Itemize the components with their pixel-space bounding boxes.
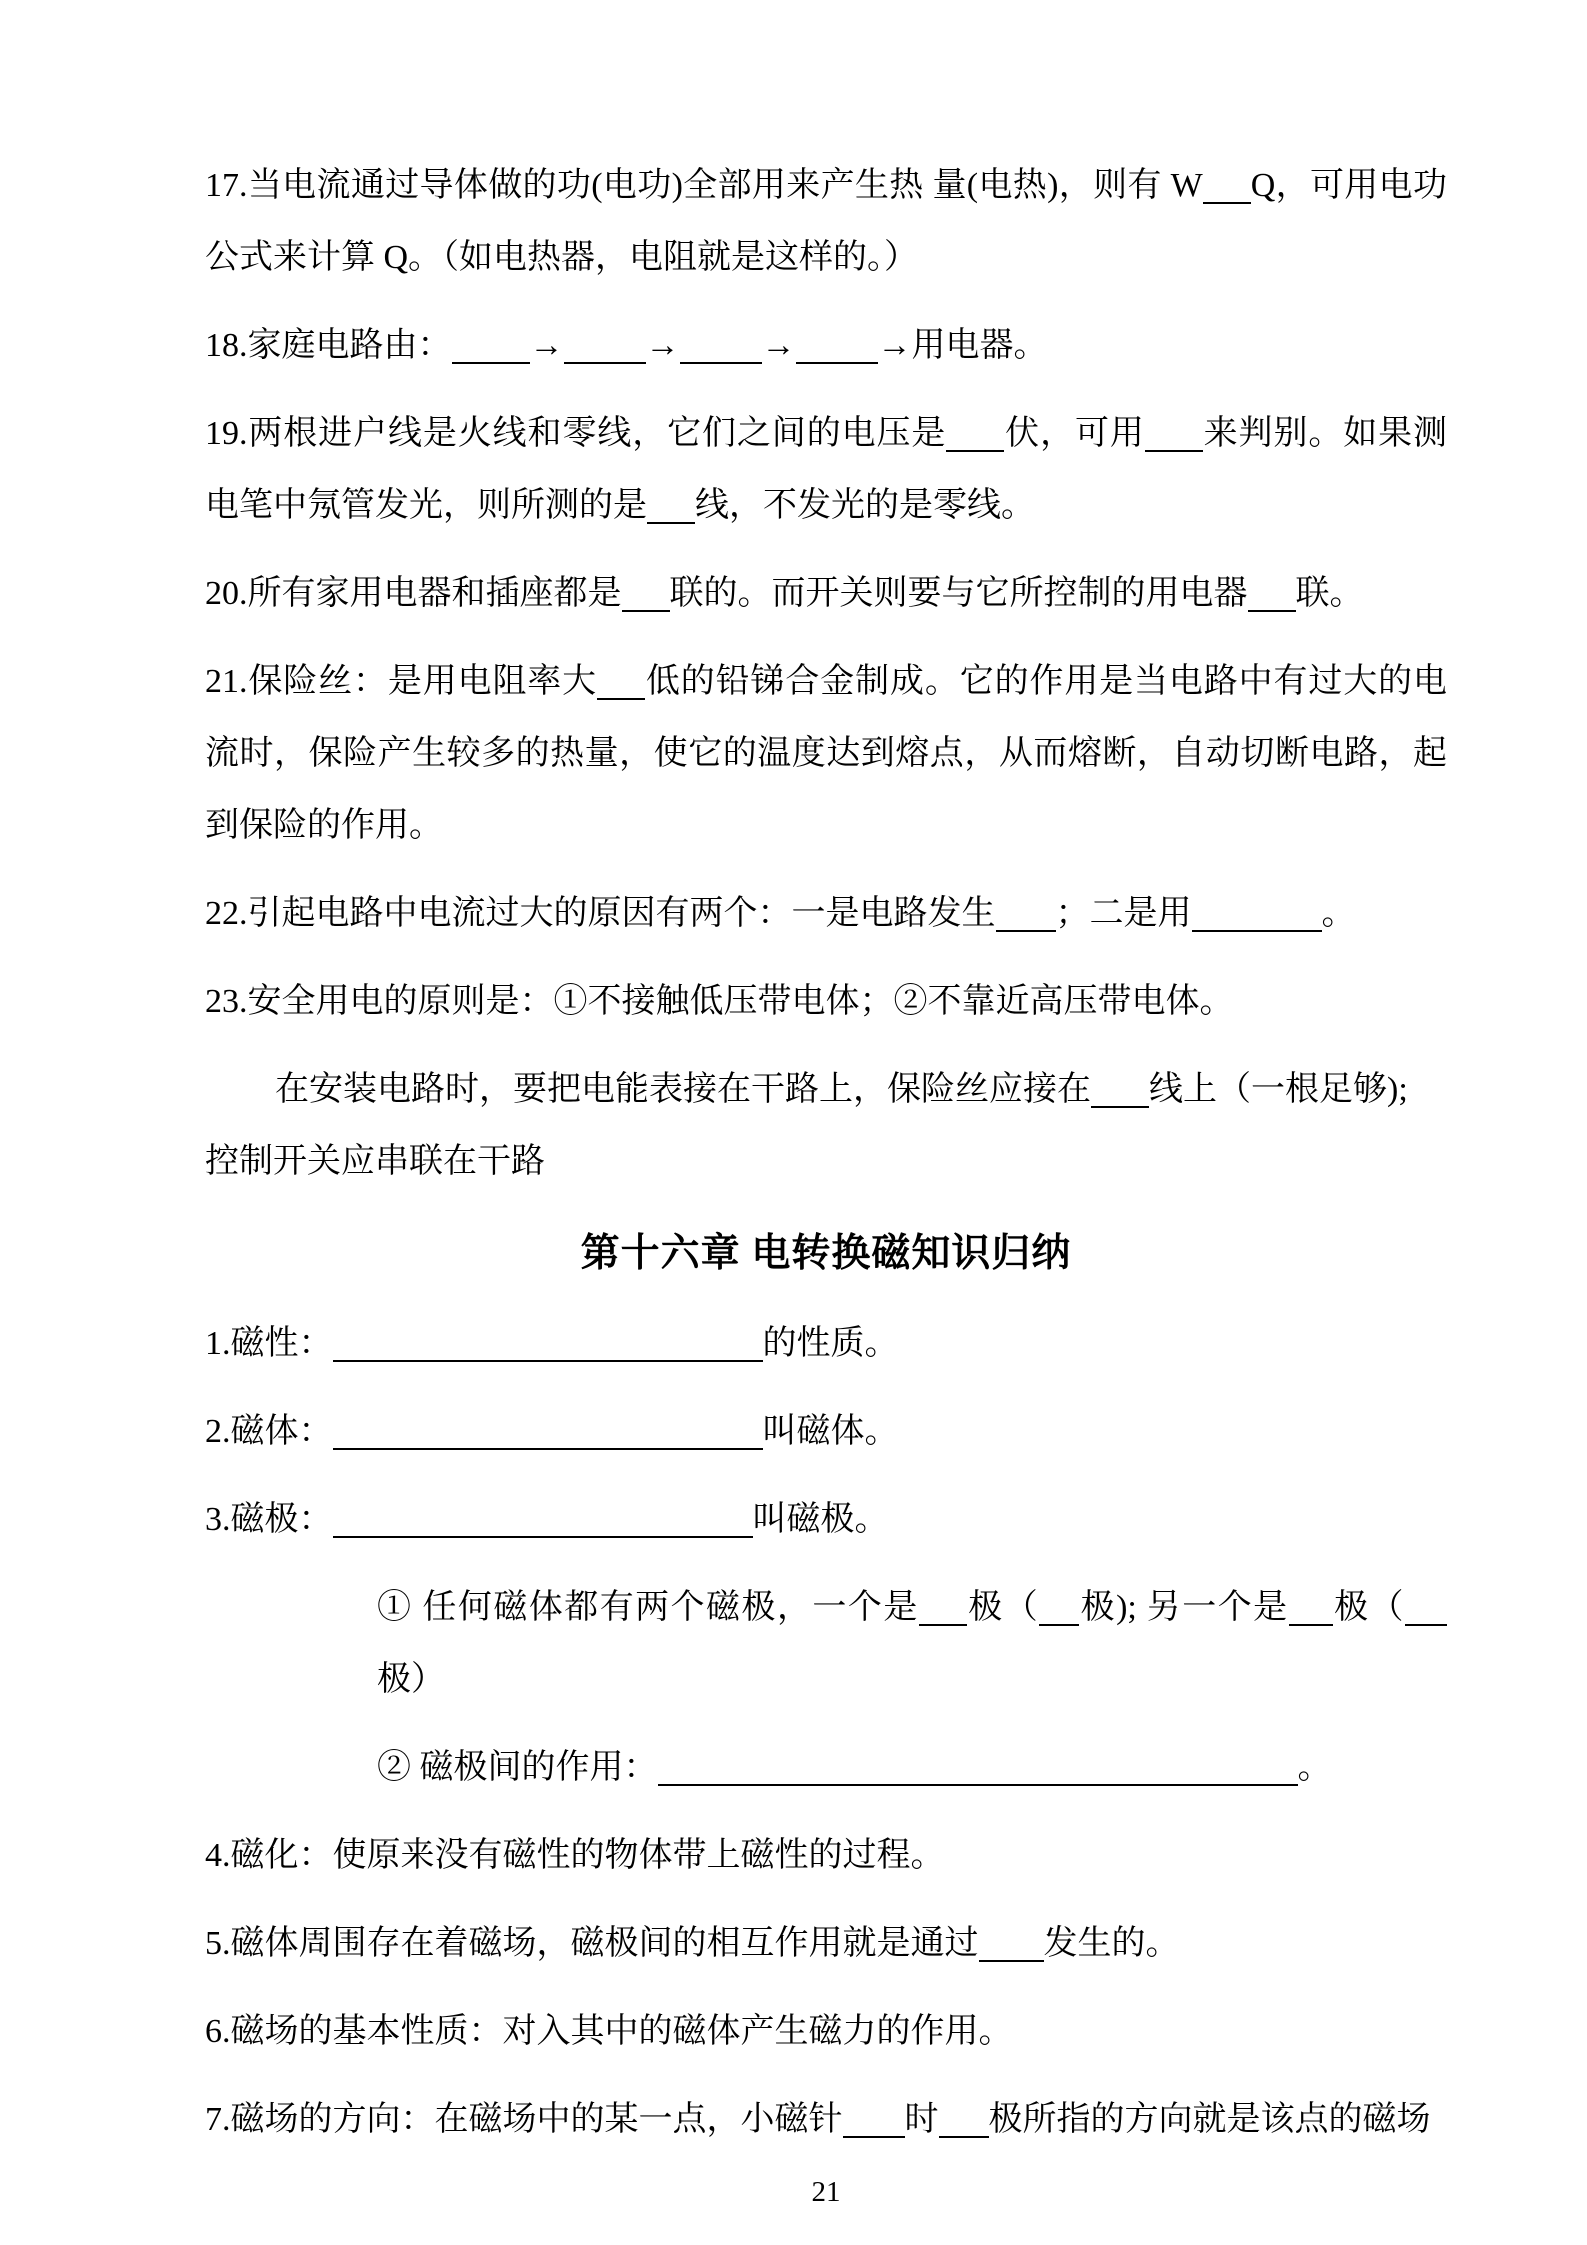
text-run: 联。: [1296, 575, 1364, 612]
item-3: 3.磁极：叫磁极。: [205, 1484, 1447, 1556]
text-run: 2.磁体：: [205, 1413, 333, 1450]
text-run: 极）: [377, 1661, 445, 1698]
item-22: 22.引起电路中电流过大的原因有两个：一是电路发生；二是用。: [205, 878, 1447, 950]
fill-in-blank: [796, 327, 878, 364]
text-run: 的性质。: [763, 1325, 899, 1362]
item-7: 7.磁场的方向：在磁场中的某一点，小磁针时极所指的方向就是该点的磁场: [205, 2084, 1447, 2156]
fill-in-blank: [1248, 575, 1296, 612]
text-run: 叫磁体。: [763, 1413, 899, 1450]
text-run: 伏，可用: [1004, 415, 1144, 452]
fill-in-blank: [939, 2101, 989, 2138]
fill-in-blank: [333, 1501, 753, 1538]
text-run: 极所指的方向就是该点的磁场: [989, 2101, 1431, 2138]
fill-in-blank: [622, 575, 670, 612]
text-run: 22.引起电路中电流过大的原因有两个：一是电路发生: [205, 895, 996, 932]
text-run: 时: [905, 2101, 939, 2138]
text-run: 。: [1322, 895, 1356, 932]
item-23-note-line-2: 控制开关应串联在干路: [205, 1126, 1447, 1198]
text-run: 5.磁体周围存在着磁场，磁极间的相互作用就是通过: [205, 1925, 979, 1962]
text-run: 17.当电流通过导体做的功(电功)全部用来产生热 量(电热)，则有 W: [205, 167, 1203, 204]
text-run: 在安装电路时，要把电能表接在干路上，保险丝应接在: [275, 1071, 1091, 1108]
text-run: 1.磁性：: [205, 1325, 333, 1362]
fill-in-blank: [979, 1925, 1044, 1962]
fill-in-blank: [1203, 167, 1251, 204]
text-run: ① 任何磁体都有两个磁极，一个是: [377, 1589, 919, 1626]
text-run: ；二是用: [1056, 895, 1192, 932]
text-run: →: [530, 327, 564, 364]
fill-in-blank: [333, 1413, 763, 1450]
fill-in-blank: [1039, 1589, 1079, 1626]
item-20: 20.所有家用电器和插座都是联的。而开关则要与它所控制的用电器联。: [205, 558, 1447, 630]
fill-in-blank: [680, 327, 762, 364]
text-run: ② 磁极间的作用：: [377, 1749, 658, 1786]
text-run: →用电器。: [878, 327, 1048, 364]
text-run: 控制开关应串联在干路: [205, 1143, 545, 1180]
text-run: →: [646, 327, 680, 364]
fill-in-blank: [843, 2101, 905, 2138]
item-21: 21.保险丝：是用电阻率大低的铅锑合金制成。它的作用是当电路中有过大的电流时，保…: [205, 646, 1447, 862]
item-1: 1.磁性：的性质。: [205, 1308, 1447, 1380]
text-run: 极); 另一个是: [1079, 1589, 1288, 1626]
item-3-sub-2: ② 磁极间的作用：。: [205, 1732, 1447, 1804]
text-run: 叫磁极。: [753, 1501, 889, 1538]
text-run: 20.所有家用电器和插座都是: [205, 575, 622, 612]
text-run: 联的。而开关则要与它所控制的用电器: [670, 575, 1248, 612]
fill-in-blank: [946, 415, 1004, 452]
item-19: 19.两根进户线是火线和零线，它们之间的电压是伏，可用来判别。如果测电笔中氖管发…: [205, 398, 1447, 542]
fill-in-blank: [1192, 895, 1322, 932]
item-17: 17.当电流通过导体做的功(电功)全部用来产生热 量(电热)，则有 WQ，可用电…: [205, 150, 1447, 294]
item-23-note-line-1: 在安装电路时，要把电能表接在干路上，保险丝应接在线上（一根足够);: [205, 1054, 1447, 1126]
fill-in-blank: [564, 327, 646, 364]
section-electricity: 17.当电流通过导体做的功(电功)全部用来产生热 量(电热)，则有 WQ，可用电…: [205, 150, 1447, 1198]
fill-in-blank: [919, 1589, 967, 1626]
fill-in-blank: [333, 1325, 763, 1362]
fill-in-blank: [1289, 1589, 1333, 1626]
text-run: 线，不发光的是零线。: [695, 487, 1035, 524]
text-run: →: [762, 327, 796, 364]
fill-in-blank: [647, 487, 695, 524]
text-run: 21.保险丝：是用电阻率大: [205, 663, 597, 700]
fill-in-blank: [452, 327, 530, 364]
text-run: 19.两根进户线是火线和零线，它们之间的电压是: [205, 415, 946, 452]
fill-in-blank: [996, 895, 1056, 932]
text-run: 极（: [1333, 1589, 1405, 1626]
text-run: 发生的。: [1044, 1925, 1180, 1962]
item-5: 5.磁体周围存在着磁场，磁极间的相互作用就是通过发生的。: [205, 1908, 1447, 1980]
text-run: 线上（一根足够);: [1149, 1071, 1408, 1108]
fill-in-blank: [597, 663, 645, 700]
text-run: 3.磁极：: [205, 1501, 333, 1538]
text-run: 极（: [967, 1589, 1039, 1626]
text-run: 7.磁场的方向：在磁场中的某一点，小磁针: [205, 2101, 843, 2138]
item-4: 4.磁化：使原来没有磁性的物体带上磁性的过程。: [205, 1820, 1447, 1892]
fill-in-blank: [1145, 415, 1203, 452]
item-23: 23.安全用电的原则是：①不接触低压带电体；②不靠近高压带电体。: [205, 966, 1447, 1038]
text-run: 23.安全用电的原则是：①不接触低压带电体；②不靠近高压带电体。: [205, 983, 1234, 1020]
item-18: 18.家庭电路由：→→→→用电器。: [205, 310, 1447, 382]
fill-in-blank: [1405, 1589, 1447, 1626]
item-2: 2.磁体：叫磁体。: [205, 1396, 1447, 1468]
document-page: 17.当电流通过导体做的功(电功)全部用来产生热 量(电热)，则有 WQ，可用电…: [0, 0, 1587, 2245]
fill-in-blank: [1091, 1071, 1149, 1108]
chapter-heading: 第十六章 电转换磁知识归纳: [205, 1214, 1447, 1294]
page-number: 21: [205, 2172, 1447, 2212]
text-run: 6.磁场的基本性质：对入其中的磁体产生磁力的作用。: [205, 2013, 1013, 2050]
item-6: 6.磁场的基本性质：对入其中的磁体产生磁力的作用。: [205, 1996, 1447, 2068]
section-magnetism: 1.磁性：的性质。2.磁体：叫磁体。3.磁极：叫磁极。① 任何磁体都有两个磁极，…: [205, 1308, 1447, 2156]
text-run: 。: [1298, 1749, 1332, 1786]
fill-in-blank: [658, 1749, 1298, 1786]
text-run: 18.家庭电路由：: [205, 327, 452, 364]
text-run: 4.磁化：使原来没有磁性的物体带上磁性的过程。: [205, 1837, 945, 1874]
item-3-sub-1: ① 任何磁体都有两个磁极，一个是极（极); 另一个是极（极）: [205, 1572, 1447, 1716]
